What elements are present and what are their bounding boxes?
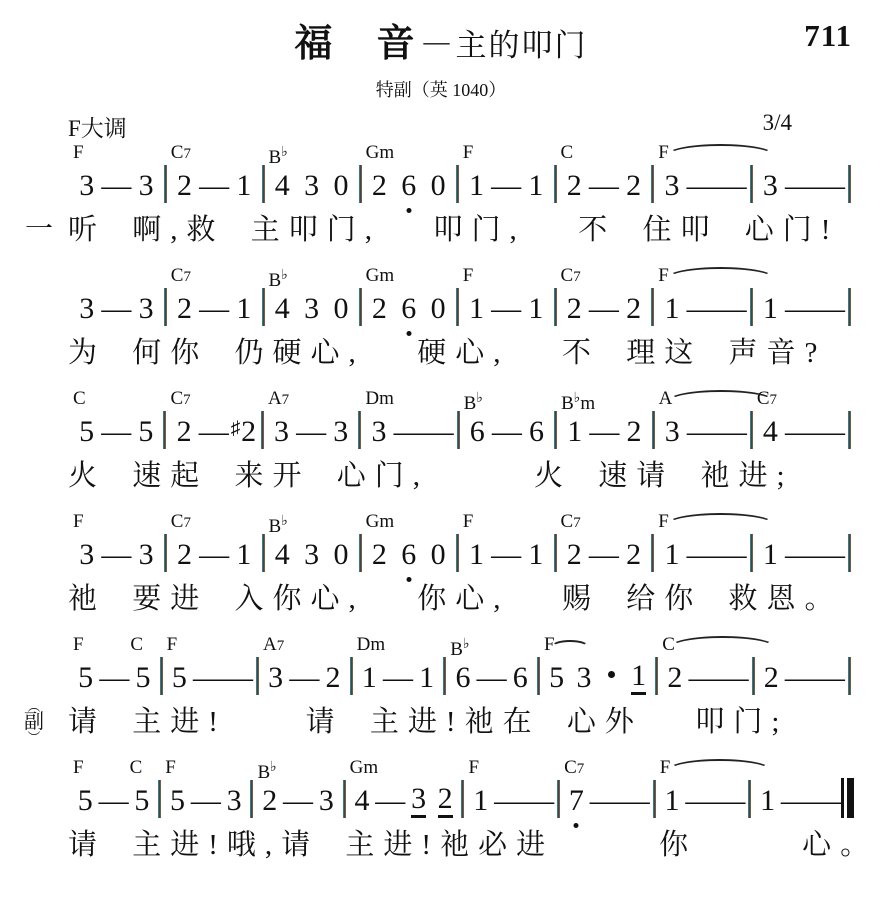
note-cell: 3 [221, 784, 248, 818]
note-number: 1 [528, 169, 543, 203]
note-cell: 0 [326, 538, 355, 572]
note-number: 1 [419, 661, 434, 695]
note-number: 2 [372, 538, 387, 572]
note-number: 2 [626, 538, 641, 572]
note-cell: — [620, 784, 650, 818]
flat-sign: ♭ [270, 760, 277, 775]
note-number: 3 [304, 169, 319, 203]
lyrics-line: 请 主进!哦,请 主进!祂必进 你 心。 [28, 823, 854, 867]
lyrics-text: 祂 要进 入你心, 你心, 赐 给你 救恩。 [68, 583, 843, 615]
barline [537, 657, 540, 695]
chord-label: B♭ [269, 511, 288, 538]
chord-extension: 7 [577, 761, 585, 777]
notation-line: F5—C5F5——A73—2Dm1—1B♭6—6F531C2——2—— [72, 632, 854, 695]
note-number: 3 [139, 169, 154, 203]
note-number: 2 [177, 415, 192, 449]
music-system: F5—C5F5—3B♭2—3Gm4—32F1——C77——F1——1——请 主进… [28, 755, 854, 867]
chord-extension: 7 [277, 638, 285, 654]
note-cell: F1 [462, 169, 491, 203]
note-cell: — [589, 292, 619, 326]
note-number: 0 [431, 538, 446, 572]
note-cell: 6 [507, 661, 534, 695]
note-cell: — [717, 169, 747, 203]
tie-arc [668, 759, 770, 781]
note-cell: C72 [560, 538, 589, 572]
note-cell: F1 [467, 784, 494, 818]
chord-label: C7 [564, 757, 584, 780]
chord-label: C [73, 388, 86, 410]
dash-note: — [223, 661, 253, 695]
note-number: 2 [262, 784, 277, 818]
note-number: 1 [236, 292, 251, 326]
note-cell: — [101, 538, 131, 572]
dash-note: — [717, 415, 747, 449]
chord-label: F [463, 142, 474, 164]
note-cell: — [719, 661, 749, 695]
note-cell [598, 661, 625, 695]
note-cell: — [785, 169, 815, 203]
note-cell: 3 [131, 169, 160, 203]
barline [848, 411, 851, 449]
note-number: 7 [569, 784, 584, 818]
music-system: 3—3C72—1B♭430Gm260F1—1C72—2F1——1——为 何你 仍… [28, 263, 854, 375]
chord-extension: 7 [183, 392, 191, 408]
final-barline-thick [847, 778, 854, 818]
note-cell: — [785, 538, 815, 572]
note-cell: Dm3 [364, 415, 393, 449]
note-number: 6 [401, 538, 416, 572]
note-cell: C77 [563, 784, 590, 818]
note-cell: — [199, 169, 229, 203]
flat-sign: ♭ [574, 391, 581, 406]
note-number: 1 [236, 538, 251, 572]
dash-note: — [424, 415, 454, 449]
dash-note: — [491, 169, 521, 203]
note-cell: ♯2 [229, 412, 258, 449]
dash-note: — [717, 538, 747, 572]
chord-label: B♭ [257, 757, 276, 784]
chord-label: A7 [268, 388, 289, 411]
note-cell: — [715, 784, 745, 818]
note-cell: Gm2 [365, 169, 394, 203]
note-cell: F1 [462, 292, 491, 326]
barline [358, 411, 361, 449]
note-number: 2 [667, 661, 682, 695]
barline [359, 288, 362, 326]
note-cell: F3 [72, 169, 101, 203]
dash-note: — [815, 415, 845, 449]
note-cell: F3 [657, 169, 686, 203]
barline [651, 534, 654, 572]
note-number: 1 [763, 292, 778, 326]
note-cell: 0 [326, 292, 355, 326]
lyrics-line: ︵副︶请 主进! 请 主进!祂在 心外 叩门; [28, 700, 854, 744]
note-cell: — [383, 661, 413, 695]
note-cell: C5 [72, 415, 101, 449]
barline [653, 780, 656, 818]
note-number: 3 [664, 169, 679, 203]
note-number: 2 [764, 661, 779, 695]
flat-sign: ♭ [281, 514, 288, 529]
note-number: 4 [354, 784, 369, 818]
barline [848, 657, 851, 695]
note-number: 0 [333, 292, 348, 326]
chorus-marker: ︵副︶ [24, 701, 44, 743]
chord-label: C [130, 757, 143, 779]
dash-note: — [289, 661, 319, 695]
note-number: 2 [177, 292, 192, 326]
dash-note: — [815, 661, 845, 695]
note-cell: 1 [229, 292, 258, 326]
note-cell: Gm2 [365, 292, 394, 326]
barline [652, 411, 655, 449]
tie-arc [667, 513, 774, 535]
hymn-number: 711 [804, 10, 852, 62]
note-number: 1 [760, 784, 775, 818]
note-cell: — [101, 415, 131, 449]
dash-note: — [620, 784, 650, 818]
note-cell: — [477, 661, 507, 695]
page-title: 福 音 [294, 23, 417, 65]
note-cell: 3 [313, 784, 340, 818]
final-barline [841, 778, 854, 818]
barline [651, 165, 654, 203]
barline [848, 534, 851, 572]
dash-note: — [687, 415, 717, 449]
note-cell: B♭2 [256, 784, 283, 818]
note-cell: F1 [657, 538, 686, 572]
note-number: 3 [372, 415, 387, 449]
note-cell: B♭4 [268, 169, 297, 203]
note-cell: 3 [297, 169, 326, 203]
note-number: 3 [304, 292, 319, 326]
note-cell: 1 [521, 169, 550, 203]
chord-extension: 7 [282, 392, 290, 408]
note-cell: — [717, 292, 747, 326]
note-cell: — [491, 292, 521, 326]
barline [554, 288, 557, 326]
chord-label: A7 [263, 634, 284, 657]
chord-extension: 7 [573, 515, 581, 531]
note-cell: 0 [423, 292, 452, 326]
barline [752, 657, 755, 695]
note-number: 1 [469, 538, 484, 572]
note-cell: 2 [758, 661, 785, 695]
note-number: 0 [431, 292, 446, 326]
barline [750, 165, 753, 203]
note-number: 0 [333, 538, 348, 572]
dash-note: — [101, 415, 131, 449]
note-cell: 3 [570, 661, 597, 695]
chord-label: C7 [561, 265, 581, 288]
note-number: 1 [469, 292, 484, 326]
barline [461, 780, 464, 818]
barline [456, 288, 459, 326]
note-number: 4 [275, 292, 290, 326]
note-number: 4 [763, 415, 778, 449]
barline [748, 780, 751, 818]
note-number: 2 [325, 661, 340, 695]
note-number: 3 [665, 415, 680, 449]
note-cell: 0 [326, 169, 355, 203]
dash-note: — [687, 169, 717, 203]
chord-label: Gm [366, 142, 395, 164]
note-cell: 3 [326, 415, 355, 449]
note-cell: — [296, 415, 326, 449]
note-cell: F5 [166, 661, 193, 695]
note-cell: 1 [413, 661, 440, 695]
barline [750, 534, 753, 572]
note-cell: Gm4 [349, 784, 376, 818]
barline [359, 534, 362, 572]
note-number: 3 [139, 538, 154, 572]
note-number: 3 [79, 292, 94, 326]
barline [262, 165, 265, 203]
note-cell: Gm2 [365, 538, 394, 572]
dash-note: — [811, 784, 841, 818]
note-cell: 3 [131, 292, 160, 326]
music-system: F3—3C72—1B♭430Gm260F1—1C72—2F1——1——祂 要进 … [28, 509, 854, 621]
note-number: 3 [79, 538, 94, 572]
note-cell: F3 [72, 538, 101, 572]
note-number: 1 [665, 784, 680, 818]
dash-note: — [687, 538, 717, 572]
title-subname: 主的叩门 [456, 28, 588, 63]
note-cell: — [687, 292, 717, 326]
note-cell: — [811, 784, 841, 818]
note-cell: — [687, 538, 717, 572]
note-number: 2 [626, 292, 641, 326]
dash-note: — [687, 292, 717, 326]
lyrics-text: 请 主进!哦,请 主进!祂必进 你 心。 [68, 829, 878, 861]
barline [350, 657, 353, 695]
note-cell: — [815, 292, 845, 326]
barline [443, 657, 446, 695]
dash-note: — [101, 538, 131, 572]
key-time-row: F大调 3/4 [28, 110, 854, 140]
dash-note: — [491, 538, 521, 572]
chord-label: F [165, 757, 176, 779]
dash-note: — [715, 784, 745, 818]
chord-label: Gm [366, 511, 395, 533]
note-cell: B♭4 [268, 292, 297, 326]
dash-note: — [719, 661, 749, 695]
dash-note: — [589, 415, 619, 449]
slur-arc [551, 640, 589, 654]
note-number: 3 [139, 292, 154, 326]
note-cell: — [717, 415, 747, 449]
chord-label: B♭m [561, 388, 595, 415]
chorus-paren-bottom: ︶ [27, 732, 40, 743]
note-number: 3 [79, 169, 94, 203]
note-cell: — [785, 292, 815, 326]
note-number: 3 [333, 415, 348, 449]
dash-note: — [785, 292, 815, 326]
note-cell: C72 [169, 415, 198, 449]
note-cell: — [491, 169, 521, 203]
dash-note: — [815, 538, 845, 572]
dash-note: — [375, 784, 405, 818]
note-number: 1 [528, 538, 543, 572]
note-number: 6 [513, 661, 528, 695]
note-cell: — [191, 784, 221, 818]
note-cell: B♭6 [449, 661, 476, 695]
barline [750, 288, 753, 326]
note-cell: 6 [522, 415, 551, 449]
note-cell: F5 [72, 661, 99, 695]
note-cell: — [394, 415, 424, 449]
note-cell: 2 [619, 169, 648, 203]
note-cell: — [687, 169, 717, 203]
note-number: 2 [626, 169, 641, 203]
note-cell: — [815, 661, 845, 695]
barline [554, 411, 557, 449]
notation-line: F3—3C72—1B♭430Gm260F1—1C2—2F3——3—— [72, 140, 854, 203]
dash-note: — [815, 169, 845, 203]
barline [256, 657, 259, 695]
note-cell: 1 [229, 169, 258, 203]
title-dash: — [424, 27, 450, 56]
dash-note: — [99, 661, 129, 695]
chord-extension: 7 [573, 269, 581, 285]
lyrics-line: 火 速起 来开 心门, 火 速请 祂进; [28, 454, 854, 498]
note-cell: 2 [619, 415, 648, 449]
note-cell: — [785, 415, 815, 449]
barline [456, 165, 459, 203]
dash-note: — [524, 784, 554, 818]
note-number: 3 [411, 784, 426, 818]
dash-note: — [589, 292, 619, 326]
note-cell: 3 [72, 292, 101, 326]
barline [554, 534, 557, 572]
note-number: 3 [763, 169, 778, 203]
chord-label: B♭ [464, 388, 483, 415]
barline [848, 288, 851, 326]
music-system: F5—C5F5——A73—2Dm1—1B♭6—6F531C2——2——︵副︶请 … [28, 632, 854, 744]
note-number: 2 [567, 169, 582, 203]
note-number: 5 [79, 415, 94, 449]
note-cell: F1 [462, 538, 491, 572]
note-cell: 2 [619, 292, 648, 326]
dash-note: — [101, 169, 131, 203]
note-cell: B♭6 [463, 415, 492, 449]
note-cell: — [717, 538, 747, 572]
note-cell: F1 [657, 292, 686, 326]
note-number: 1 [362, 661, 377, 695]
dash-note: — [193, 661, 223, 695]
dash-note: — [717, 169, 747, 203]
barline [164, 534, 167, 572]
tie-arc [667, 267, 774, 289]
note-cell: 1 [521, 292, 550, 326]
barline [848, 165, 851, 203]
chord-label: Gm [366, 265, 395, 287]
note-number: 0 [333, 169, 348, 203]
note-cell: — [590, 784, 620, 818]
note-cell: 1 [754, 784, 781, 818]
hymn-page: 福 音—主的叩门 711 特副（英 1040） F大调 3/4 F3—3C72—… [0, 0, 890, 908]
note-cell: A73 [267, 415, 296, 449]
note-cell: — [424, 415, 454, 449]
note-cell: C72 [170, 538, 199, 572]
note-number: 1 [664, 292, 679, 326]
sharp-sign: ♯ [231, 418, 241, 439]
chord-label: C [561, 142, 574, 164]
note-number: 1 [473, 784, 488, 818]
note-number: 5 [134, 784, 149, 818]
note-cell: — [687, 415, 717, 449]
note-number: 3 [227, 784, 242, 818]
chord-extension: 7 [183, 515, 191, 531]
chord-label: F [73, 757, 84, 779]
note-cell: 2 [319, 661, 346, 695]
dash-note: — [101, 292, 131, 326]
barline [160, 657, 163, 695]
dash-note: — [589, 169, 619, 203]
note-number: 5 [138, 415, 153, 449]
barline [163, 411, 166, 449]
dash-note: — [685, 784, 715, 818]
dash-note: — [199, 292, 229, 326]
flat-sign: ♭ [281, 268, 288, 283]
chord-label: C [130, 634, 143, 656]
note-cell: C72 [170, 169, 199, 203]
chord-label: B♭ [450, 634, 469, 661]
tie-arc [668, 390, 774, 412]
dash-note: — [99, 784, 129, 818]
note-number: 5 [549, 661, 564, 695]
note-cell: — [589, 415, 619, 449]
barline [456, 534, 459, 572]
note-cell: — [199, 538, 229, 572]
note-cell: — [815, 415, 845, 449]
note-number: 1 [236, 169, 251, 203]
dash-note: — [785, 169, 815, 203]
notation-line: F3—3C72—1B♭430Gm260F1—1C72—2F1——1—— [72, 509, 854, 572]
key-signature: F大调 [68, 110, 127, 140]
note-number: 2 [372, 292, 387, 326]
dash-note: — [199, 169, 229, 203]
barline [554, 165, 557, 203]
note-cell: 1 [756, 538, 785, 572]
note-number: 2 [177, 538, 192, 572]
chord-label: F [73, 511, 84, 533]
barline [359, 165, 362, 203]
note-cell: B♭4 [268, 538, 297, 572]
note-cell: F5 [543, 661, 570, 695]
barline [261, 411, 264, 449]
note-cell: C5 [129, 661, 156, 695]
note-cell: — [283, 784, 313, 818]
music-system: C5—5C72—♯2A73—3Dm3——B♭6—6B♭m1—2A3——C74——… [28, 386, 854, 498]
augmentation-dot [608, 671, 615, 678]
lyrics-text: 听 啊,救 主叩门, 叩门, 不 住叩 心门! [68, 214, 839, 246]
note-number: 2 [372, 169, 387, 203]
note-number: 2 [438, 784, 453, 818]
note-cell: — [589, 538, 619, 572]
chord-label: F [73, 142, 84, 164]
note-number: 5 [135, 661, 150, 695]
final-barline-thin [841, 778, 844, 818]
note-number: 5 [78, 784, 93, 818]
note-number: 3 [268, 661, 283, 695]
note-cell: 1 [756, 292, 785, 326]
note-number: 3 [576, 661, 591, 695]
note-cell: — [781, 784, 811, 818]
note-cell: — [101, 169, 131, 203]
dash-note: — [199, 415, 229, 449]
chord-label: C7 [171, 511, 191, 534]
